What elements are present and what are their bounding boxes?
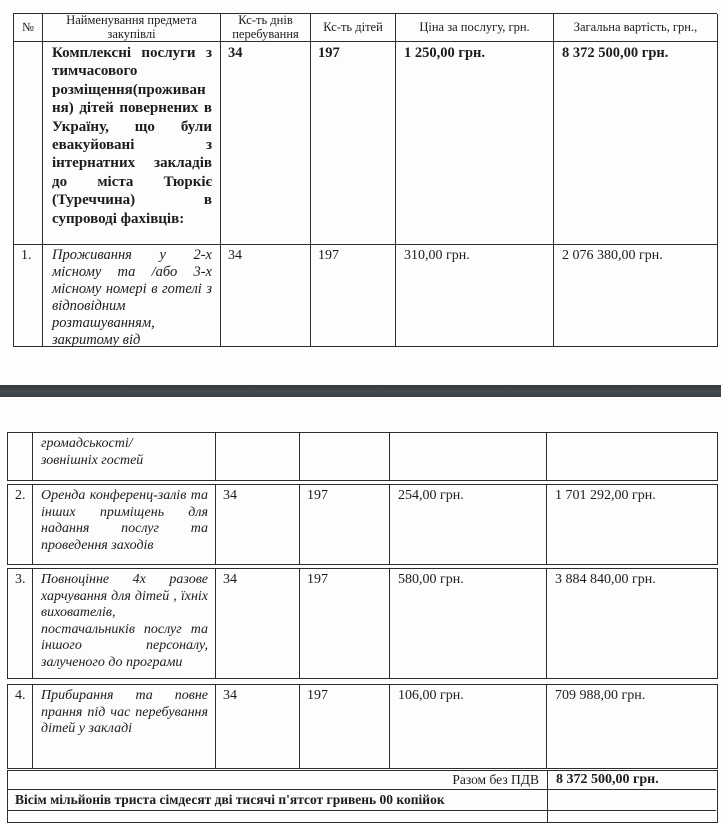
item4-total: 709 988,00 грн.	[547, 685, 713, 768]
procurement-table-page1: № Найменування предмета закупівлі Кс-ть …	[13, 13, 717, 347]
amount-in-words-right-empty	[548, 790, 716, 811]
summary-row-number	[14, 42, 43, 245]
item3-number: 3.	[8, 569, 33, 678]
header-cell-children: Кс-ть дітей	[311, 14, 396, 42]
header-cell-total: Загальна вартість, грн.,	[554, 14, 718, 42]
item2-number: 2.	[8, 485, 33, 564]
item3-total: 3 884 840,00 грн.	[547, 569, 713, 678]
item1-price: 310,00 грн.	[396, 245, 554, 347]
page-break-separator	[0, 385, 721, 397]
summary-row-price: 1 250,00 грн.	[396, 42, 554, 245]
item1-days: 34	[221, 245, 311, 347]
amount-in-words: Вісім мільйонів триста сімдесят дві тися…	[8, 790, 548, 811]
summary-row-name: Комплексні послуги з тимчасового розміще…	[43, 42, 221, 245]
item3-row: 3. Повноцінне 4х разове харчування для д…	[7, 568, 718, 679]
cont-days-empty	[216, 433, 300, 480]
cont-price-empty	[390, 433, 547, 480]
item2-price: 254,00 грн.	[390, 485, 547, 564]
item3-price: 580,00 грн.	[390, 569, 547, 678]
item4-name: Прибирання та повне прання під час переб…	[33, 685, 216, 768]
item1-children: 197	[311, 245, 396, 347]
totals-block: Разом без ПДВ 8 372 500,00 грн. Вісім мі…	[7, 770, 718, 823]
header-cell-price: Ціна за послугу, грн.	[396, 14, 554, 42]
cont-total-empty	[547, 433, 713, 480]
item3-children: 197	[300, 569, 390, 678]
total-without-vat-value: 8 372 500,00 грн.	[548, 771, 716, 790]
item2-days: 34	[216, 485, 300, 564]
item4-number: 4.	[8, 685, 33, 768]
total-without-vat-label: Разом без ПДВ	[8, 771, 548, 790]
summary-row-children: 197	[311, 42, 396, 245]
item2-total: 1 701 292,00 грн.	[547, 485, 713, 564]
item4-children: 197	[300, 685, 390, 768]
scanned-procurement-document: № Найменування предмета закупівлі Кс-ть …	[0, 0, 721, 823]
bottom-empty-left	[8, 811, 548, 822]
summary-row-days: 34	[221, 42, 311, 245]
item2-name: Оренда конференц-залів та інших приміщен…	[33, 485, 216, 564]
item3-name: Повноцінне 4х разове харчування для діте…	[33, 569, 216, 678]
item1-name: Проживання у 2-х місному та /або 3-х міс…	[43, 245, 221, 347]
item3-days: 34	[216, 569, 300, 678]
item1-number: 1.	[14, 245, 43, 347]
item2-children: 197	[300, 485, 390, 564]
item1-continuation-row: громадськості/ зовнішніх гостей	[7, 432, 718, 481]
cont-number-empty	[8, 433, 33, 480]
header-cell-item-name: Найменування предмета закупівлі	[43, 14, 221, 42]
summary-row-total: 8 372 500,00 грн.	[554, 42, 718, 245]
item4-row: 4. Прибирання та повне прання під час пе…	[7, 684, 718, 769]
item1-total: 2 076 380,00 грн.	[554, 245, 718, 347]
item1-continuation-text: громадськості/ зовнішніх гостей	[33, 433, 216, 480]
header-cell-number: №	[14, 14, 43, 42]
item4-price: 106,00 грн.	[390, 685, 547, 768]
item4-days: 34	[216, 685, 300, 768]
bottom-empty-right	[548, 811, 716, 822]
cont-children-empty	[300, 433, 390, 480]
header-cell-days: Кс-ть днів перебування	[221, 14, 311, 42]
item2-row: 2. Оренда конференц-залів та інших примі…	[7, 484, 718, 565]
